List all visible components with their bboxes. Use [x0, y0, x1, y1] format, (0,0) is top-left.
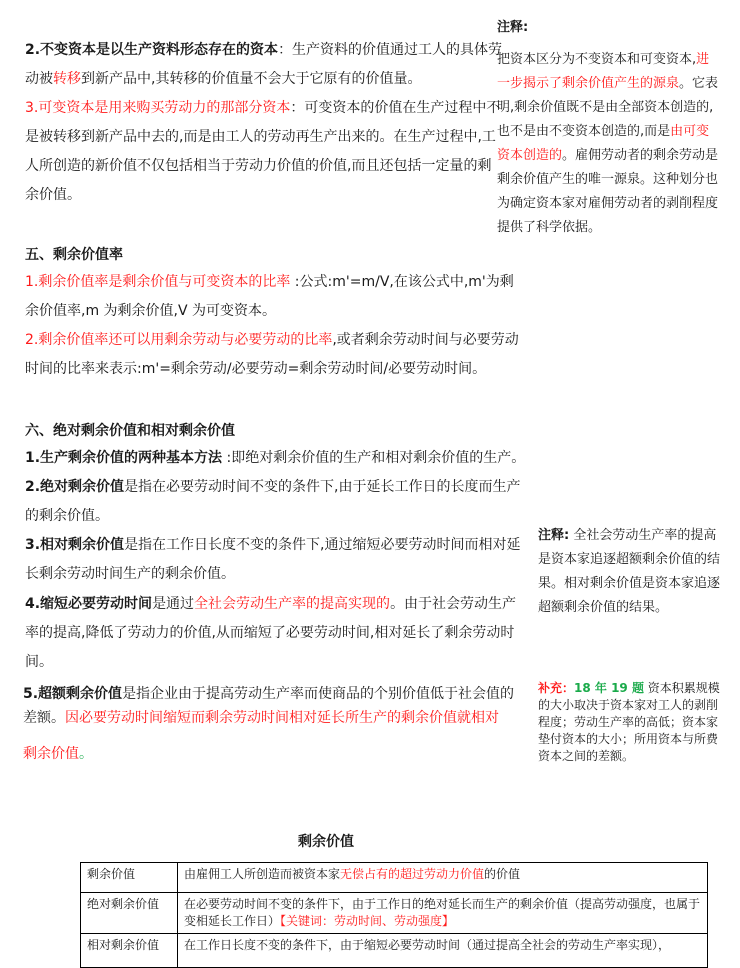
note-capital-division: 把资本区分为不变资本和可变资本,进一步揭示了剩余价值产生的源泉。它表明,剩余价值… [497, 48, 721, 240]
paragraph-excess-surplus: 5.超额剩余价值是指企业由于提高劳动生产率而使商品的个别价值低于社会值的差额。因… [23, 682, 528, 730]
section-heading-absolute-relative: 六、绝对剩余价值和相对剩余价值 [25, 420, 235, 440]
surplus-value-table: 剩余价值 由雇佣工人所创造而被资本家无偿占有的超过劳动力价值的价值 绝对剩余价值… [80, 862, 708, 968]
row-key: 剩余价值 [81, 863, 178, 893]
table-row: 绝对剩余价值 在必要劳动时间不变的条件下，由于工作日的绝对延长而生产的剩余价值（… [81, 893, 708, 934]
paragraph-excess-surplus-end: 剩余价值。 [23, 742, 93, 766]
paragraph-absolute-surplus: 2.绝对剩余价值是指在必要劳动时间不变的条件下,由于延长工作日的长度而生产的剩余… [25, 473, 525, 531]
paragraph-shorten-necessary-time: 4.缩短必要劳动时间是通过全社会劳动生产率的提高实现的。由于社会劳动生产率的提高… [25, 590, 525, 677]
row-value: 在必要劳动时间不变的条件下，由于工作日的绝对延长而生产的剩余价值（提高劳动强度，… [178, 893, 708, 934]
red-lead: 3.可变资本是用来购买劳动力的那部分资本 [25, 100, 290, 116]
question-ref: 18 年 19 题 [574, 681, 644, 695]
bold-lead: 2.不变资本是以生产资料形态存在的资本 [25, 42, 278, 58]
note-productivity: 注释: 全社会劳动生产率的提高是资本家追逐超额剩余价值的结果。相对剩余价值是资本… [538, 524, 724, 620]
paragraph-surplus-rate-1: 1.剩余价值率是剩余价值与可变资本的比率 :公式:m'=m/V,在该公式中,m'… [25, 268, 525, 326]
supplement-note: 补充：18 年 19 题 资本积累规模的大小取决于资本家对工人的剥削程度；劳动生… [538, 680, 724, 765]
paragraph-variable-capital: 3.可变资本是用来购买劳动力的那部分资本：可变资本的价值在生产过程中不是被转移到… [25, 94, 505, 210]
table-row: 剩余价值 由雇佣工人所创造而被资本家无偿占有的超过劳动力价值的价值 [81, 863, 708, 893]
row-key: 相对剩余价值 [81, 934, 178, 968]
paragraph-surplus-rate-2: 2.剩余价值率还可以用剩余劳动与必要劳动的比率,或者剩余劳动时间与必要劳动时间的… [25, 326, 525, 384]
paragraph-constant-capital: 2.不变资本是以生产资料形态存在的资本：生产资料的价值通过工人的具体劳动被转移到… [25, 36, 505, 94]
paragraph-relative-surplus: 3.相对剩余价值是指在工作日长度不变的条件下,通过缩短必要劳动时间而相对延长剩余… [25, 531, 525, 589]
section-heading-surplus-rate: 五、剩余价值率 [25, 244, 123, 264]
supplement-label: 补充： [538, 681, 574, 695]
row-key: 绝对剩余价值 [81, 893, 178, 934]
paragraph-two-methods: 1.生产剩余价值的两种基本方法 :即绝对剩余价值的生产和相对剩余价值的生产。 [25, 444, 540, 473]
row-value: 在工作日长度不变的条件下，由于缩短必要劳动时间（通过提高全社会的劳动生产率实现）… [178, 934, 708, 968]
table-row: 相对剩余价值 在工作日长度不变的条件下，由于缩短必要劳动时间（通过提高全社会的劳… [81, 934, 708, 968]
highlight: 转移 [53, 71, 81, 87]
note-title: 注释: [497, 16, 528, 35]
row-value: 由雇佣工人所创造而被资本家无偿占有的超过劳动力价值的价值 [178, 863, 708, 893]
table-title: 剩余价值 [298, 831, 354, 851]
